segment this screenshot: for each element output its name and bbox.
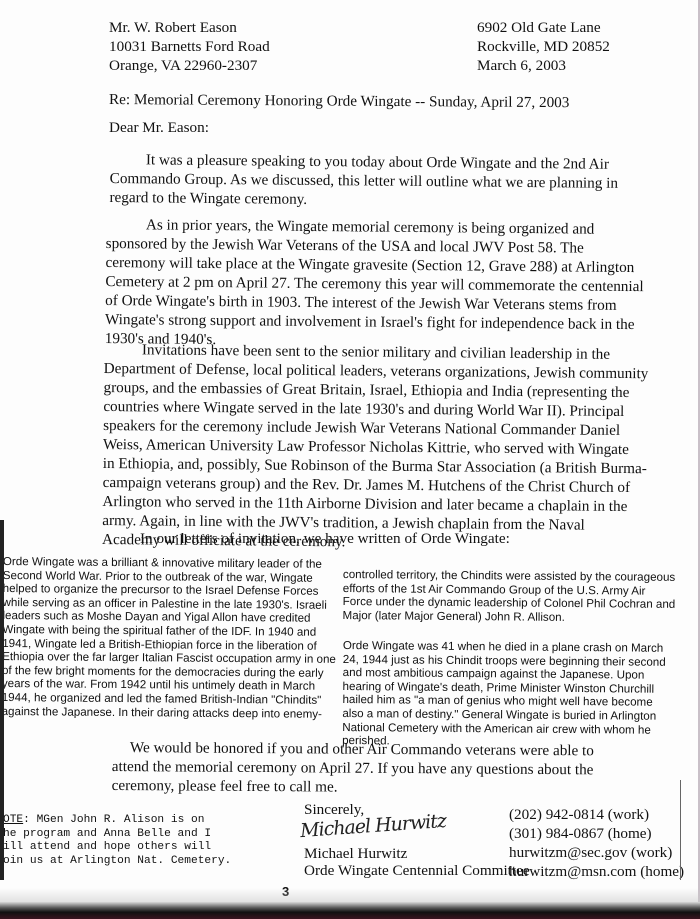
recipient-street: 10031 Barnetts Ford Road [109, 37, 270, 56]
home-phone: (301) 984-0867 (home) [509, 824, 684, 843]
contact-info: (202) 942-0814 (work) (301) 984-0867 (ho… [509, 805, 684, 881]
text-line: he program and Anna Belle and I [3, 828, 231, 842]
quote-column-right-top: controlled territory, the Chindits were … [343, 568, 676, 625]
recipient-address: Mr. W. Robert Eason 10031 Barnetts Ford … [109, 18, 270, 75]
quote-intro: In our letters of invitation, we have wr… [140, 529, 510, 548]
home-email: hurwitzm@msn.com (home) [509, 862, 684, 881]
scan-edge-left [0, 520, 4, 880]
typed-note: OTE: MGen John R. Alison is on he progra… [3, 814, 231, 868]
letter-page: Mr. W. Robert Eason 10031 Barnetts Ford … [0, 0, 700, 919]
closing-paragraph: We would be honored if you and other Air… [112, 738, 594, 798]
subject-line: Re: Memorial Ceremony Honoring Orde Wing… [109, 90, 570, 112]
sender-address: 6902 Old Gate Lane Rockville, MD 20852 M… [477, 18, 610, 75]
paragraph-1: It was a pleasure speaking to you today … [109, 150, 630, 212]
work-email: hurwitzm@sec.gov (work) [509, 843, 684, 862]
text-line: oin us at Arlington Nat. Cemetery. [3, 855, 231, 869]
text-line: : MGen John R. Alison is on [23, 814, 204, 826]
recipient-name: Mr. W. Robert Eason [109, 18, 270, 37]
sender-city: Rockville, MD 20852 [477, 37, 610, 56]
scan-mark [680, 780, 681, 880]
paragraph-3: Invitations have been sent to the senior… [102, 340, 624, 554]
signer-organization: Orde Wingate Centennial Committee [304, 861, 530, 880]
note-label: OTE [3, 814, 23, 826]
sender-street: 6902 Old Gate Lane [477, 18, 610, 37]
recipient-city: Orange, VA 22960-2307 [109, 56, 270, 75]
letter-date: March 6, 2003 [477, 56, 610, 75]
quote-column-right-bottom: Orde Wingate was 41 when he died in a pl… [342, 639, 666, 751]
paragraph-2: As in prior years, the Wingate memorial … [105, 215, 626, 353]
text-line: against the Japanese. In their daring at… [2, 705, 336, 722]
scan-edge-bottom [0, 902, 700, 919]
text-line: ill attend and hope others will [3, 841, 231, 855]
salutation: Dear Mr. Eason: [109, 118, 209, 137]
text-line: ceremony, please feel free to call me. [112, 776, 594, 798]
quote-column-left: Orde Wingate was a brilliant & innovativ… [2, 555, 337, 721]
work-phone: (202) 942-0814 (work) [509, 805, 684, 824]
